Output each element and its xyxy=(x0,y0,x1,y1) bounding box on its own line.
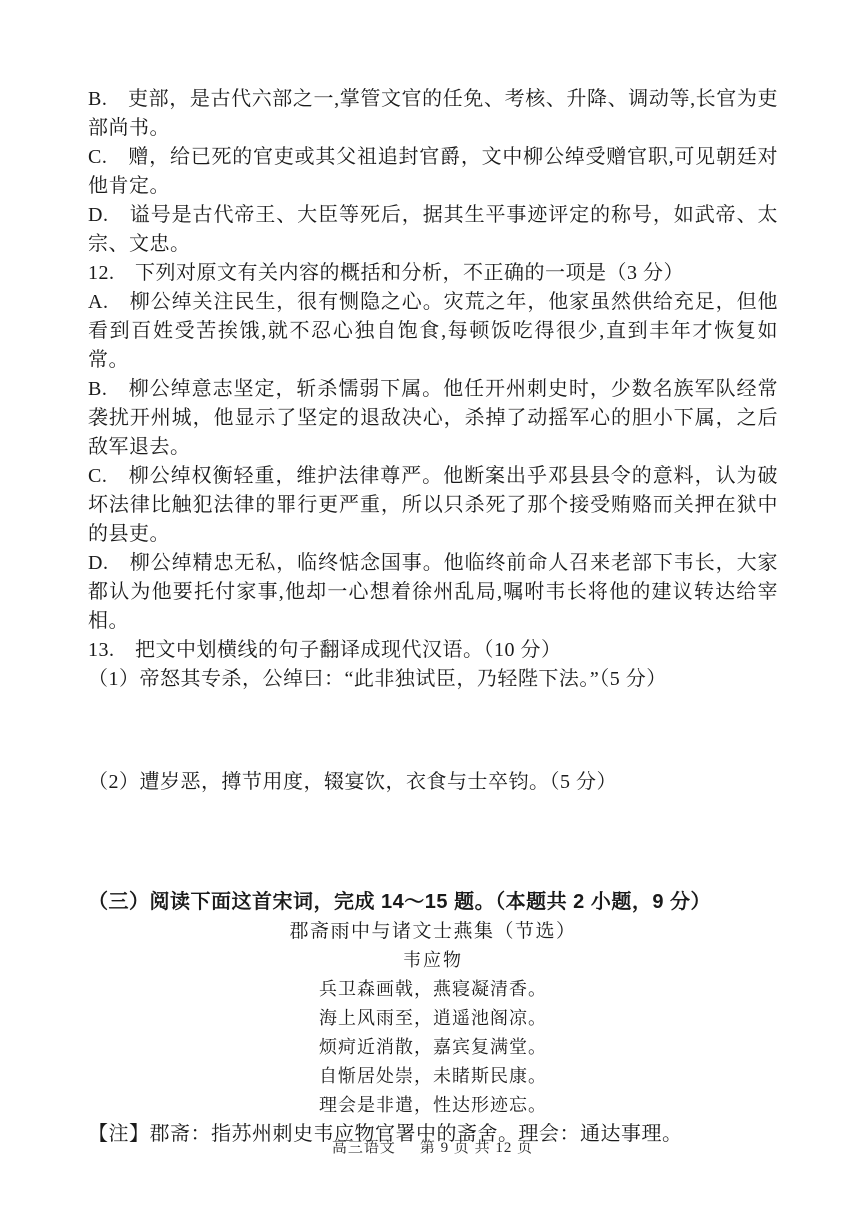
section-3-header: （三）阅读下面这首宋词，完成 14～15 题。（本题共 2 小题，9 分） xyxy=(88,888,778,917)
page-footer: 高三语文第 9 页 共 12 页 xyxy=(0,1136,865,1157)
poem-block: 郡斋雨中与诸文士燕集（节选） 韦应物 兵卫森画戟，燕寝凝清香。 海上风雨至，逍遥… xyxy=(88,917,778,1120)
poem-line-5: 理会是非遣，性达形迹忘。 xyxy=(88,1091,778,1120)
exam-content: B. 吏部，是古代六部之一,掌管文官的任免、考核、升降、调动等,长官为吏部尚书。… xyxy=(88,85,778,1149)
prev-question-option-d: D. 谥号是古代帝王、大臣等死后，据其生平事迹评定的称号，如武帝、太宗、文忠。 xyxy=(88,201,778,259)
question-13-part-2: （2）遭岁恶，撙节用度，辍宴饮，衣食与士卒钧。（5 分） xyxy=(88,768,778,797)
question-12-option-a: A. 柳公绰关注民生，很有恻隐之心。灾荒之年，他家虽然供给充足，但他看到百姓受苦… xyxy=(88,288,778,375)
answer-space-1 xyxy=(88,694,778,768)
question-12-option-d: D. 柳公绰精忠无私，临终惦念国事。他临终前命人召来老部下韦长，大家都认为他要托… xyxy=(88,549,778,636)
poem-line-1: 兵卫森画戟，燕寝凝清香。 xyxy=(88,975,778,1004)
question-13-part-1: （1）帝怒其专杀，公绰曰：“此非独试臣，乃轻陛下法。”（5 分） xyxy=(88,665,778,694)
poem-line-2: 海上风雨至，逍遥池阁凉。 xyxy=(88,1004,778,1033)
poem-author: 韦应物 xyxy=(88,946,778,975)
poem-title: 郡斋雨中与诸文士燕集（节选） xyxy=(88,917,778,946)
answer-space-2 xyxy=(88,797,778,888)
poem-line-4: 自惭居处崇，未睹斯民康。 xyxy=(88,1062,778,1091)
prev-question-option-b: B. 吏部，是古代六部之一,掌管文官的任免、考核、升降、调动等,长官为吏部尚书。 xyxy=(88,85,778,143)
question-13-stem: 13. 把文中划横线的句子翻译成现代汉语。（10 分） xyxy=(88,636,778,665)
prev-question-option-c: C. 赠，给已死的官吏或其父祖追封官爵，文中柳公绰受赠官职,可见朝廷对他肯定。 xyxy=(88,143,778,201)
footer-course-label: 高三语文 xyxy=(332,1140,396,1156)
exam-page: B. 吏部，是古代六部之一,掌管文官的任免、考核、升降、调动等,长官为吏部尚书。… xyxy=(0,0,865,1224)
poem-line-3: 烦疴近消散，嘉宾复满堂。 xyxy=(88,1033,778,1062)
question-12-option-b: B. 柳公绰意志坚定，斩杀懦弱下属。他任开州刺史时，少数名族军队经常袭扰开州城，… xyxy=(88,375,778,462)
footer-page-number: 第 9 页 共 12 页 xyxy=(420,1140,533,1156)
question-12-option-c: C. 柳公绰权衡轻重，维护法律尊严。他断案出乎邓县县令的意料，认为破坏法律比触犯… xyxy=(88,462,778,549)
question-12-stem: 12. 下列对原文有关内容的概括和分析，不正确的一项是（3 分） xyxy=(88,259,778,288)
